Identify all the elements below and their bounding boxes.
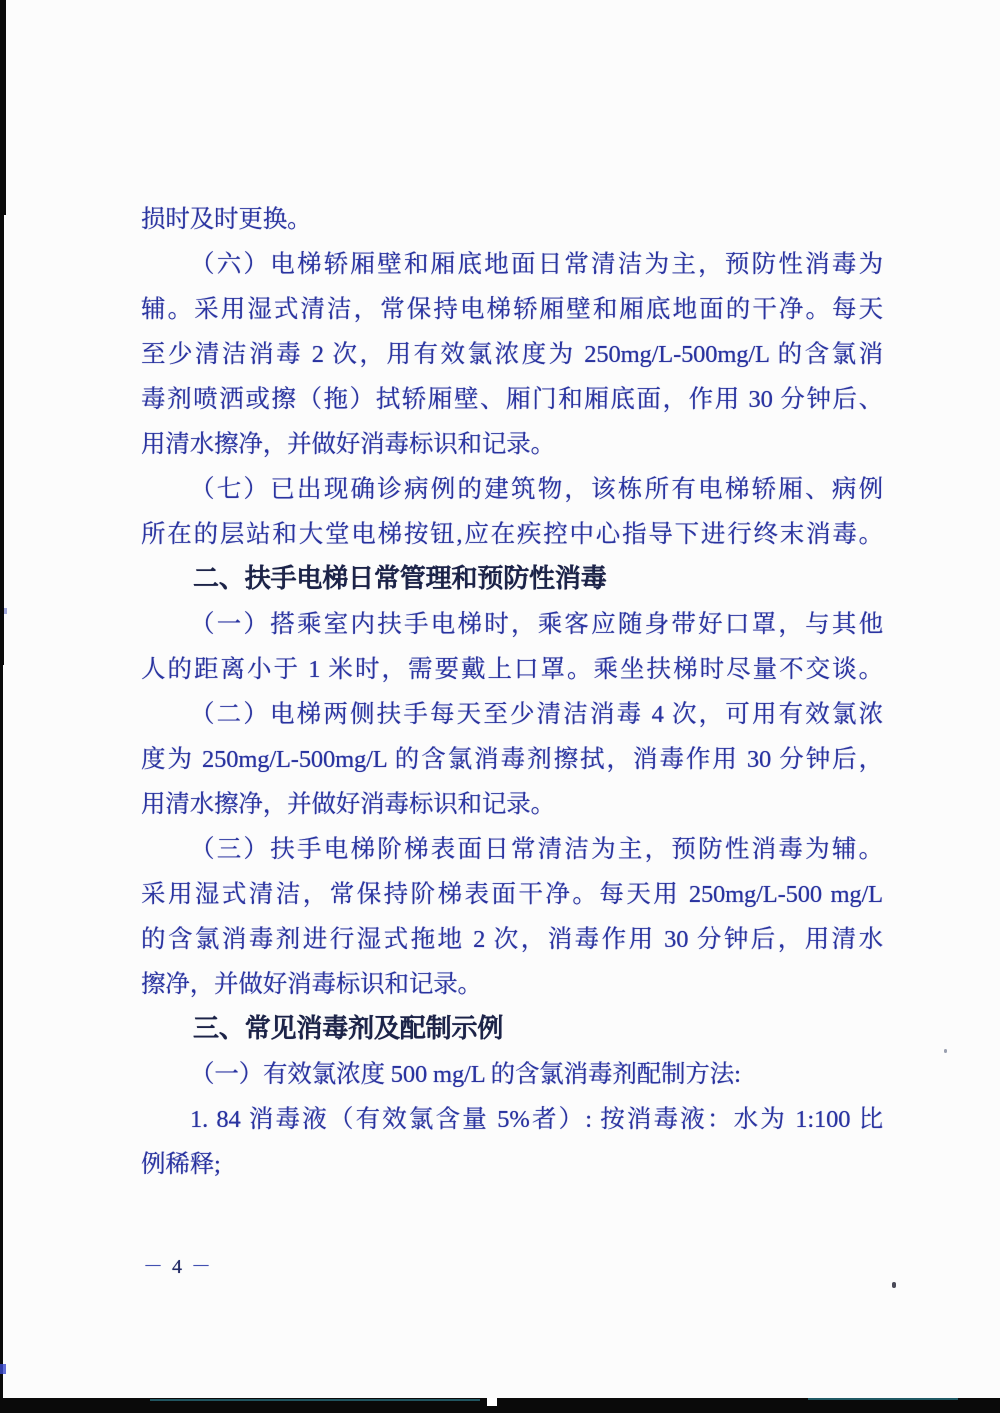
page-number-footer: － 4 － xyxy=(143,1253,213,1281)
document-line: 的含氯消毒剂进行湿式拖地 2 次，消毒作用 30 分钟后，用清水 xyxy=(141,917,883,962)
scan-bottom-teal-streak xyxy=(150,1399,480,1401)
scan-left-edge-thick-segment xyxy=(0,0,6,215)
scan-speck xyxy=(892,1282,896,1288)
document-line: （三）扶手电梯阶梯表面日常清洁为主，预防性消毒为辅。 xyxy=(141,827,883,872)
document-line: （六）电梯轿厢壁和厢底地面日常清洁为主，预防性消毒为 xyxy=(141,242,883,287)
scan-speck xyxy=(0,1364,6,1374)
document-line: 辅。采用湿式清洁，常保持电梯轿厢壁和厢底地面的干净。每天 xyxy=(141,287,883,332)
scan-speck xyxy=(944,1049,947,1053)
scan-bottom-teal-streak xyxy=(808,1398,958,1400)
scanned-document-page: 损时及时更换。 （六）电梯轿厢壁和厢底地面日常清洁为主，预防性消毒为 辅。采用湿… xyxy=(0,0,1000,1413)
scan-speck xyxy=(4,608,7,614)
document-line: 人的距离小于 1 米时，需要戴上口罩。乘坐扶梯时尽量不交谈。 xyxy=(141,647,883,692)
document-line: 度为 250mg/L-500mg/L 的含氯消毒剂擦拭，消毒作用 30 分钟后， xyxy=(141,737,883,782)
document-line: 损时及时更换。 xyxy=(141,197,883,242)
page-number: 4 xyxy=(172,1256,184,1278)
footer-dash: － xyxy=(191,1256,213,1278)
scan-left-edge-mid-segment xyxy=(0,215,4,665)
footer-dash: － xyxy=(143,1256,165,1278)
document-line: 采用湿式清洁，常保持阶梯表面干净。每天用 250mg/L-500 mg/L xyxy=(141,872,883,917)
document-line: （一）搭乘室内扶手电梯时，乘客应随身带好口罩，与其他 xyxy=(141,602,883,647)
document-line: （七）已出现确诊病例的建筑物，该栋所有电梯轿厢、病例 xyxy=(141,467,883,512)
document-line: 例稀释; xyxy=(141,1142,883,1187)
document-line: 擦净，并做好消毒标识和记录。 xyxy=(141,962,883,1007)
document-line: 至少清洁消毒 2 次，用有效氯浓度为 250mg/L-500mg/L 的含氯消 xyxy=(141,332,883,377)
document-line: 1. 84 消毒液（有效氯含量 5%者）: 按消毒液：水为 1:100 比 xyxy=(141,1097,883,1142)
document-line: （二）电梯两侧扶手每天至少清洁消毒 4 次，可用有效氯浓 xyxy=(141,692,883,737)
document-text-block: 损时及时更换。 （六）电梯轿厢壁和厢底地面日常清洁为主，预防性消毒为 辅。采用湿… xyxy=(141,197,883,1187)
document-line: 用清水擦净，并做好消毒标识和记录。 xyxy=(141,782,883,827)
document-line: （一）有效氯浓度 500 mg/L 的含氯消毒剂配制方法: xyxy=(141,1052,883,1097)
document-line: 用清水擦净，并做好消毒标识和记录。 xyxy=(141,422,883,467)
document-line: 毒剂喷洒或擦（拖）拭轿厢壁、厢门和厢底面，作用 30 分钟后、 xyxy=(141,377,883,422)
section-heading: 二、扶手电梯日常管理和预防性消毒 xyxy=(141,557,883,602)
scan-bottom-edge-notch xyxy=(487,1398,497,1406)
document-line: 所在的层站和大堂电梯按钮,应在疾控中心指导下进行终末消毒。 xyxy=(141,512,883,557)
section-heading: 三、常见消毒剂及配制示例 xyxy=(141,1007,883,1052)
